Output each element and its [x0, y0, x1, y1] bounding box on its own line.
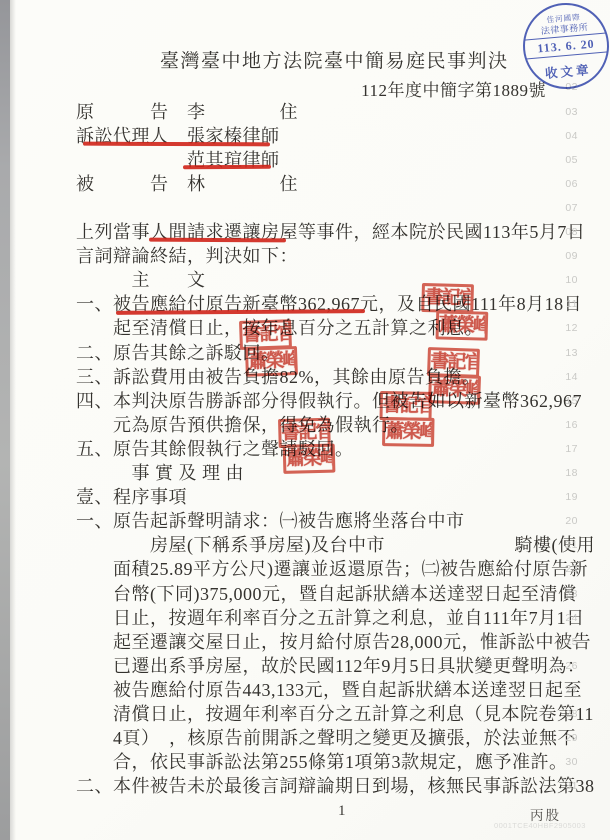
document-line: 面積25.89平方公尺)遷讓並返還原告；㈡被告應給付原告新	[76, 558, 588, 582]
document-code: 0001TCE40HBF2905003	[494, 821, 586, 830]
judgment-page: 臺灣臺中地方法院臺中簡易庭民事判決 112年度中簡字第1889號 原 告 李 住…	[0, 0, 610, 840]
line-number: 06	[550, 178, 578, 190]
received-stamp: 佳河國際 法律事務所 113. 6. 20 收文章	[519, 0, 610, 93]
clerk-name-seal: 蕭榮峰	[436, 310, 489, 340]
document-line: 被告應給付原告443,133元，暨自起訴狀繕本送達翌日起至	[76, 679, 582, 703]
line-number: 30	[550, 756, 578, 768]
line-number: 11	[550, 298, 578, 310]
line-number: 13	[550, 347, 578, 359]
line-number: 23	[550, 588, 578, 600]
red-underline-attorney1	[83, 142, 270, 147]
document-line: 事 實 及 理 由	[76, 462, 244, 486]
document-line: 壹、程序事項	[76, 486, 187, 510]
red-underline-attorney2	[183, 165, 271, 169]
line-number: 21	[550, 539, 578, 551]
page-number: 1	[338, 803, 346, 820]
line-number: 12	[550, 322, 578, 334]
document-title: 臺灣臺中地方法院臺中簡易庭民事判決	[160, 46, 509, 73]
document-line: 范其瑄律師	[76, 149, 280, 173]
document-line: 已遷出系爭房屋，故於民國112年9月5日具狀變更聲明為：	[76, 655, 585, 679]
document-line: 一、原告起訴聲明請求：㈠被告應將坐落台中市	[76, 510, 465, 534]
line-number: 17	[550, 443, 578, 455]
line-number: 19	[550, 491, 578, 503]
document-line: 日止，按週年利率百分之五計算之利息，並自111年7月1日	[76, 607, 585, 631]
scan-edge-shadow	[0, 0, 10, 840]
line-number: 09	[550, 250, 578, 262]
document-line: 4頁） ，核原告前開訴之聲明之變更及擴張，於法並無不	[76, 727, 576, 751]
line-number: 05	[550, 154, 578, 166]
document-line: 元為原告預供擔保，得免為假執行。	[76, 414, 409, 438]
line-number: 25	[550, 636, 578, 648]
line-number: 07	[550, 202, 578, 214]
red-underline-case-type	[149, 238, 286, 243]
document-line: 房屋(下稱系爭房屋)及台中市 騎樓(使用	[76, 534, 595, 558]
line-number: 20	[550, 515, 578, 527]
line-number: 29	[550, 732, 578, 744]
document-line: 合，依民事訴訟法第255條第1項第3款規定，應予准許。	[76, 751, 568, 775]
received-stamp-label: 收文章	[527, 58, 610, 83]
document-line: 原 告 李 住	[76, 101, 298, 125]
line-number: 22	[550, 563, 578, 575]
scan-edge-fade	[10, 0, 16, 840]
clerk-name-seal: 蕭榮峰	[428, 374, 481, 405]
document-line: 四、本判決原告勝訴部分得假執行。但被告如以新臺幣362,967	[76, 390, 582, 414]
line-number: 10	[550, 274, 578, 286]
line-number: 27	[550, 684, 578, 696]
line-number: 26	[550, 660, 578, 672]
line-number: 04	[550, 130, 578, 142]
line-number: 03	[550, 106, 578, 118]
document-line: 台幣(下同)375,000元，暨自起訴狀繕本送達翌日起至清償	[76, 583, 577, 607]
line-number: 15	[550, 395, 578, 407]
document-line: 主 文	[76, 269, 206, 293]
clerk-title-seal: 書記官	[239, 319, 292, 350]
document-line: 被 告 林 住	[76, 173, 298, 197]
line-number: 14	[550, 371, 578, 383]
line-number: 28	[550, 708, 578, 720]
document-line: 起至遷讓交屋日止，按月給付原告28,000元，惟訴訟中被告	[76, 631, 591, 655]
line-number: 24	[550, 612, 578, 624]
line-number: 08	[550, 226, 578, 238]
clerk-title-seal: 書記官	[427, 347, 480, 378]
document-line: 清償日止，按週年利率百分之五計算之利息（見本院卷第11	[76, 703, 594, 727]
line-number: 16	[550, 419, 578, 431]
clerk-title-seal: 書記官	[421, 283, 474, 313]
clerk-name-seal: 蕭榮峰	[283, 444, 336, 474]
line-number: 31	[550, 780, 578, 792]
case-number: 112年度中簡字第1889號	[361, 76, 546, 101]
document-line: 言詞辯論終結，判決如下：	[76, 245, 298, 269]
clerk-name-seal: 蕭榮峰	[245, 346, 298, 377]
line-number: 18	[550, 467, 578, 479]
clerk-name-seal: 蕭榮峰	[382, 417, 434, 447]
document-line: 二、本件被告未於最後言詞辯論期日到場，核無民事訴訟法第38	[76, 775, 595, 799]
